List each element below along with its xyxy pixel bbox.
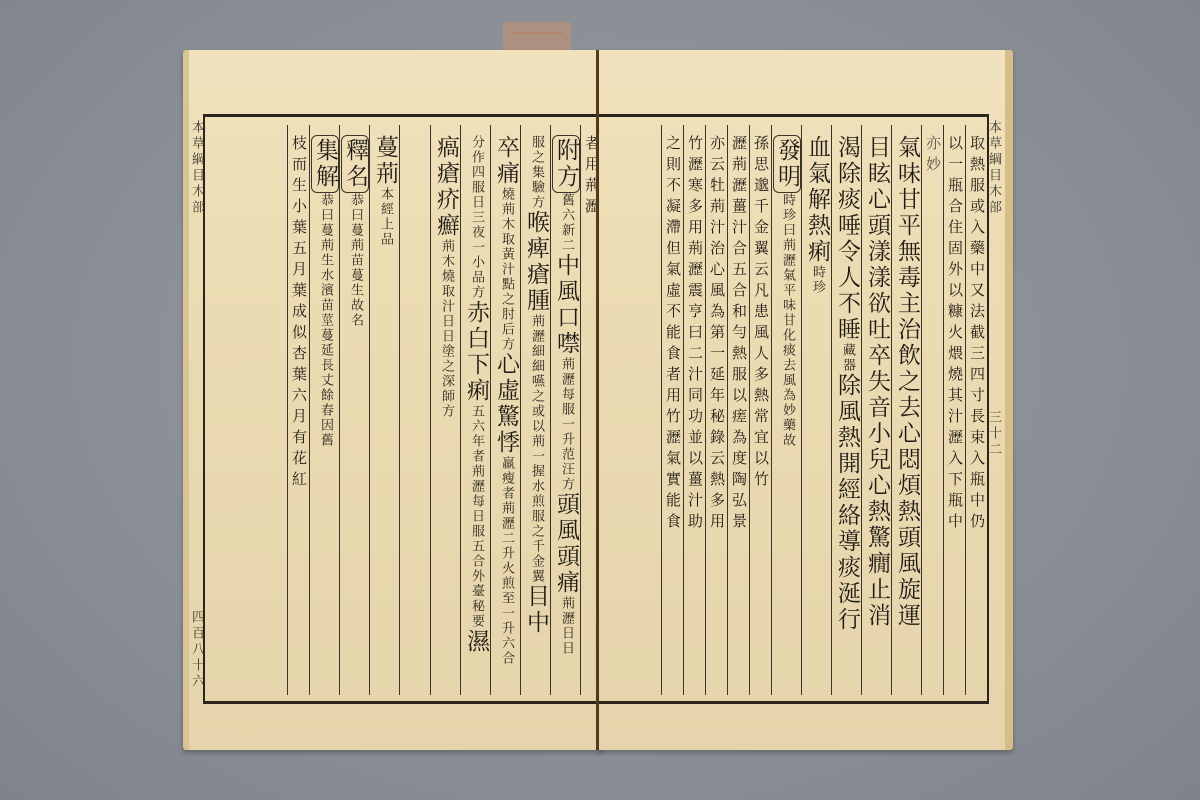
section-marker-jijie: 集解	[311, 135, 339, 193]
entry-heading-manjing: 蔓荊本經上品	[369, 125, 399, 695]
text-column: 瀝荊瀝薑汁合五合和勻熱服以瘥為度陶弘景	[727, 125, 749, 695]
left-page: 本草綱目木部 四百八十六 者用荊瀝 附方舊六新二中風口噤荊瀝每服一升范汪方頭風頭…	[183, 50, 602, 750]
text-column: 之則不凝滯但氣虛不能食者用竹瀝氣實能食	[661, 125, 683, 695]
section-marker-shiming: 釋名	[341, 135, 369, 193]
text-column: 氣味甘平無毒主治飲之去心悶煩熱頭風旋運	[891, 125, 921, 695]
text-column: 以一瓶合住固外以糠火煨燒其汁瀝入下瓶中	[943, 125, 965, 695]
text-column: 亦妙	[921, 125, 943, 695]
text-column: 發明時珍曰荊瀝氣平味甘化痰去風為妙藥故	[771, 125, 801, 695]
right-page-columns: 取熱服或入藥中又法截三四寸長束入瓶中仍 以一瓶合住固外以糠火煨燒其汁瀝入下瓶中 …	[599, 125, 987, 695]
left-page-text-frame: 者用荊瀝 附方舊六新二中風口噤荊瀝每服一升范汪方頭風頭痛荊瀝日日 服之集驗方喉痺…	[203, 114, 602, 704]
text-column: 渴除痰唾令人不睡藏器除風熱開經絡導痰涎行	[831, 125, 861, 695]
text-column: 竹瀝寒多用荊瀝震亨曰二汁同功並以薑汁助	[683, 125, 705, 695]
text-column: 附方舊六新二中風口噤荊瀝每服一升范汪方頭風頭痛荊瀝日日	[550, 125, 580, 695]
text-column: 血氣解熱痢時珍	[801, 125, 831, 695]
right-page: 本草綱目木部 三十二 取熱服或入藥中又法截三四寸長束入瓶中仍 以一瓶合住固外以糠…	[599, 50, 1013, 750]
blank-column	[399, 125, 430, 695]
left-page-columns: 者用荊瀝 附方舊六新二中風口噤荊瀝每服一升范汪方頭風頭痛荊瀝日日 服之集驗方喉痺…	[205, 125, 602, 695]
text-column: 枝而生小葉五月葉成似杏葉六月有花紅	[287, 125, 309, 695]
text-column: 取熱服或入藥中又法截三四寸長束入瓶中仍	[965, 125, 987, 695]
text-column: 分作四服日三夜一小品方赤白下痢五六年者荊瀝每日服五合外臺秘要濕	[460, 125, 490, 695]
text-column: 卒痛燒荊木取黃汁點之肘后方心虛驚悸羸瘦者荊瀝二升火煎至一升六合	[490, 125, 520, 695]
section-marker-faming: 發明	[773, 135, 801, 193]
right-page-text-frame: 取熱服或入藥中又法截三四寸長束入瓶中仍 以一瓶合住固外以糠火煨燒其汁瀝入下瓶中 …	[599, 114, 989, 704]
text-column: 目眩心頭漾漾欲吐卒失音小兒心熱驚癇止消	[861, 125, 891, 695]
text-column: 亦云牡荊汁治心風為第一延年秘錄云熱多用	[705, 125, 727, 695]
text-column: 孫思邈千金翼云凡患風人多熱常宜以竹	[749, 125, 771, 695]
text-column: 集解恭曰蔓荊生水濱苗莖蔓延長丈餘春因舊	[309, 125, 339, 695]
text-column: 瘑瘡疥癬荊木燒取汁日日塗之深師方	[430, 125, 460, 695]
section-marker-fufang: 附方	[552, 135, 580, 193]
open-book: 本草綱目木部 四百八十六 者用荊瀝 附方舊六新二中風口噤荊瀝每服一升范汪方頭風頭…	[183, 50, 1008, 752]
text-column: 釋名恭曰蔓荊苗蔓生故名	[339, 125, 369, 695]
text-column: 服之集驗方喉痺瘡腫荊瀝細細嚥之或以荊一握水煎服之千金翼目中	[520, 125, 550, 695]
